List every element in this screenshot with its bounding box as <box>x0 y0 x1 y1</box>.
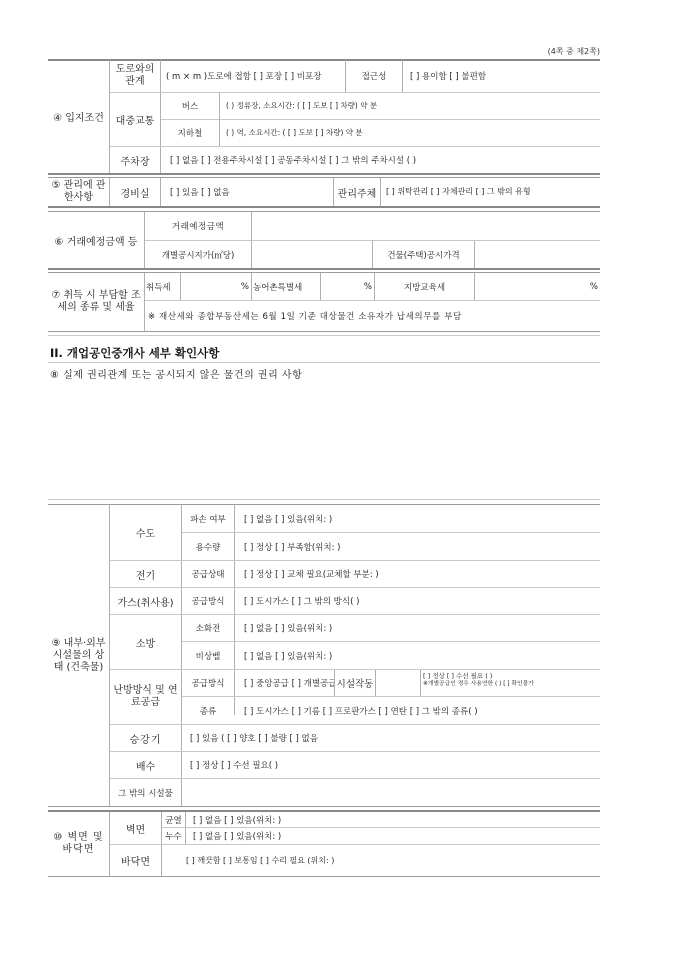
bus-label: 버스 <box>161 93 219 119</box>
public-transit-label: 대중교통 <box>110 93 160 146</box>
section-10-title: ⑩ 벽면 및 바닥면 <box>48 812 109 876</box>
acquisition-tax-field[interactable]: % <box>181 273 249 300</box>
gas-label: 가스(취사용) <box>110 588 181 614</box>
section-9-title: ⑨ 내부·외부 시설물의 상태 (건축물) <box>48 505 109 806</box>
land-price-field[interactable] <box>252 241 372 268</box>
elevator-value[interactable]: [ ] 있음 ( [ ] 양호 [ ] 불량 [ ] 없음 <box>190 725 600 751</box>
water-damage-label: 파손 여부 <box>182 505 234 532</box>
heating-operation-value[interactable]: [ ] 정상 [ ] 수선 필요 ( ) ※개별공급인 경우 사용연한 ( ) … <box>423 672 600 696</box>
wall-leak-value[interactable]: [ ] 없음 [ ] 있음(위치: ) <box>193 828 600 844</box>
floor-label: 바닥면 <box>110 845 161 876</box>
heating-type-label: 종류 <box>182 697 234 724</box>
section-7-title: ⑦ 취득 시 부담할 조세의 종류 및 세율 <box>48 273 144 331</box>
tax-note: ※ 재산세와 종합부동산세는 6월 1일 기준 대상물건 소유자가 납세의무를 … <box>148 301 600 331</box>
drainage-label: 배수 <box>110 752 181 778</box>
road-relation-label: 도로와의 관계 <box>110 60 160 92</box>
gas-supply-value[interactable]: [ ] 도시가스 [ ] 그 밖의 방식( ) <box>244 588 600 614</box>
heating-supply-value[interactable]: [ ] 중앙공급 [ ] 개별공급 <box>244 670 334 696</box>
water-volume-value[interactable]: [ ] 정상 [ ] 부족함(위치: ) <box>244 533 600 560</box>
section-6-title: ⑥ 거래예정금액 등 <box>48 212 144 268</box>
expected-price-label: 거래예정금액 <box>145 212 251 240</box>
heating-supply-label: 공급방식 <box>182 670 234 696</box>
building-price-field[interactable] <box>475 241 600 268</box>
accessibility-label: 접근성 <box>346 60 402 92</box>
hydrant-label: 소화전 <box>182 615 234 641</box>
expected-price-field[interactable] <box>252 212 600 240</box>
other-facilities-value[interactable] <box>190 779 600 806</box>
wall-leak-label: 누수 <box>162 828 185 844</box>
acquisition-tax-label: 취득세 <box>146 273 180 300</box>
manager-label: 관리주체 <box>334 178 380 206</box>
gas-supply-label: 공급방식 <box>182 588 234 614</box>
wall-crack-value[interactable]: [ ] 없음 [ ] 있음(위치: ) <box>193 812 600 827</box>
accessibility-value[interactable]: [ ] 용이함 [ ] 불편함 <box>410 60 600 92</box>
heating-type-value[interactable]: [ ] 도시가스 [ ] 기름 [ ] 프로판가스 [ ] 연탄 [ ] 그 밖… <box>244 697 600 724</box>
elevator-label: 승강기 <box>110 725 181 751</box>
wall-label: 벽면 <box>110 812 161 844</box>
water-volume-label: 용수량 <box>182 533 234 560</box>
parking-value[interactable]: [ ] 없음 [ ] 전용주차시설 [ ] 공동주차시설 [ ] 그 밖의 주차… <box>170 147 600 173</box>
fire-label: 소방 <box>110 615 181 669</box>
heating-label: 난방방식 및 연료공급 <box>110 670 181 724</box>
bus-value[interactable]: ( ) 정류장, 소요시간: ( [ ] 도보 [ ] 차량) 약 분 <box>226 93 600 119</box>
heating-operation-line1: [ ] 정상 [ ] 수선 필요 ( ) <box>423 672 600 680</box>
building-price-label: 건물(주택)공시가격 <box>373 241 474 268</box>
rural-tax-field[interactable]: % <box>321 273 372 300</box>
section-ii-heading: II. 개업공인중개사 세부 확인사항 <box>50 344 450 362</box>
section-4-title: ④ 입지조건 <box>48 60 109 173</box>
education-tax-label: 지방교육세 <box>375 273 474 300</box>
education-tax-field[interactable]: % <box>475 273 598 300</box>
wall-crack-label: 균열 <box>162 812 185 827</box>
electric-supply-label: 공급상태 <box>182 561 234 587</box>
alarm-value[interactable]: [ ] 없음 [ ] 있음(위치: ) <box>244 642 600 669</box>
rural-tax-label: 농어촌특별세 <box>253 273 320 300</box>
subway-value[interactable]: ( ) 역, 소요시간: ( [ ] 도보 [ ] 차량) 약 분 <box>226 120 600 146</box>
subway-label: 지하철 <box>161 120 219 146</box>
electric-label: 전기 <box>110 561 181 587</box>
manager-value[interactable]: [ ] 위탁관리 [ ] 자체관리 [ ] 그 밖의 유형 <box>386 178 600 206</box>
hydrant-value[interactable]: [ ] 없음 [ ] 있음(위치: ) <box>244 615 600 641</box>
page-indicator: (4쪽 중 제2쪽) <box>400 44 600 58</box>
item-8-label: ⑧ 실제 권리관계 또는 공시되지 않은 물건의 권리 사항 <box>50 365 450 381</box>
alarm-label: 비상벨 <box>182 642 234 669</box>
land-price-label: 개별공시지가(㎡당) <box>145 241 251 268</box>
water-damage-value[interactable]: [ ] 없음 [ ] 있음(위치: ) <box>244 505 600 532</box>
floor-value[interactable]: [ ] 깨끗함 [ ] 보통임 [ ] 수리 필요 (위치: ) <box>186 845 600 876</box>
drainage-value[interactable]: [ ] 정상 [ ] 수선 필요( ) <box>190 752 600 778</box>
section-5-title: ⑤ 관리에 관한사항 <box>48 178 109 206</box>
electric-supply-value[interactable]: [ ] 정상 [ ] 교체 필요(교체할 부분: ) <box>244 561 600 587</box>
other-facilities-label: 그 밖의 시설물 <box>110 779 181 806</box>
water-label: 수도 <box>110 505 181 560</box>
parking-label: 주차장 <box>110 147 160 173</box>
guard-room-label: 경비실 <box>110 178 160 206</box>
item-8-field[interactable] <box>48 383 600 493</box>
road-relation-value[interactable]: ( m × m )도로에 접함 [ ] 포장 [ ] 비포장 <box>166 60 345 92</box>
heating-operation-line2: ※개별공급인 경우 사용연한 ( ) [ ] 확인불가 <box>423 680 600 688</box>
heating-operation-label: 시설작동 <box>335 670 375 696</box>
guard-room-value[interactable]: [ ] 있음 [ ] 없음 <box>170 178 333 206</box>
